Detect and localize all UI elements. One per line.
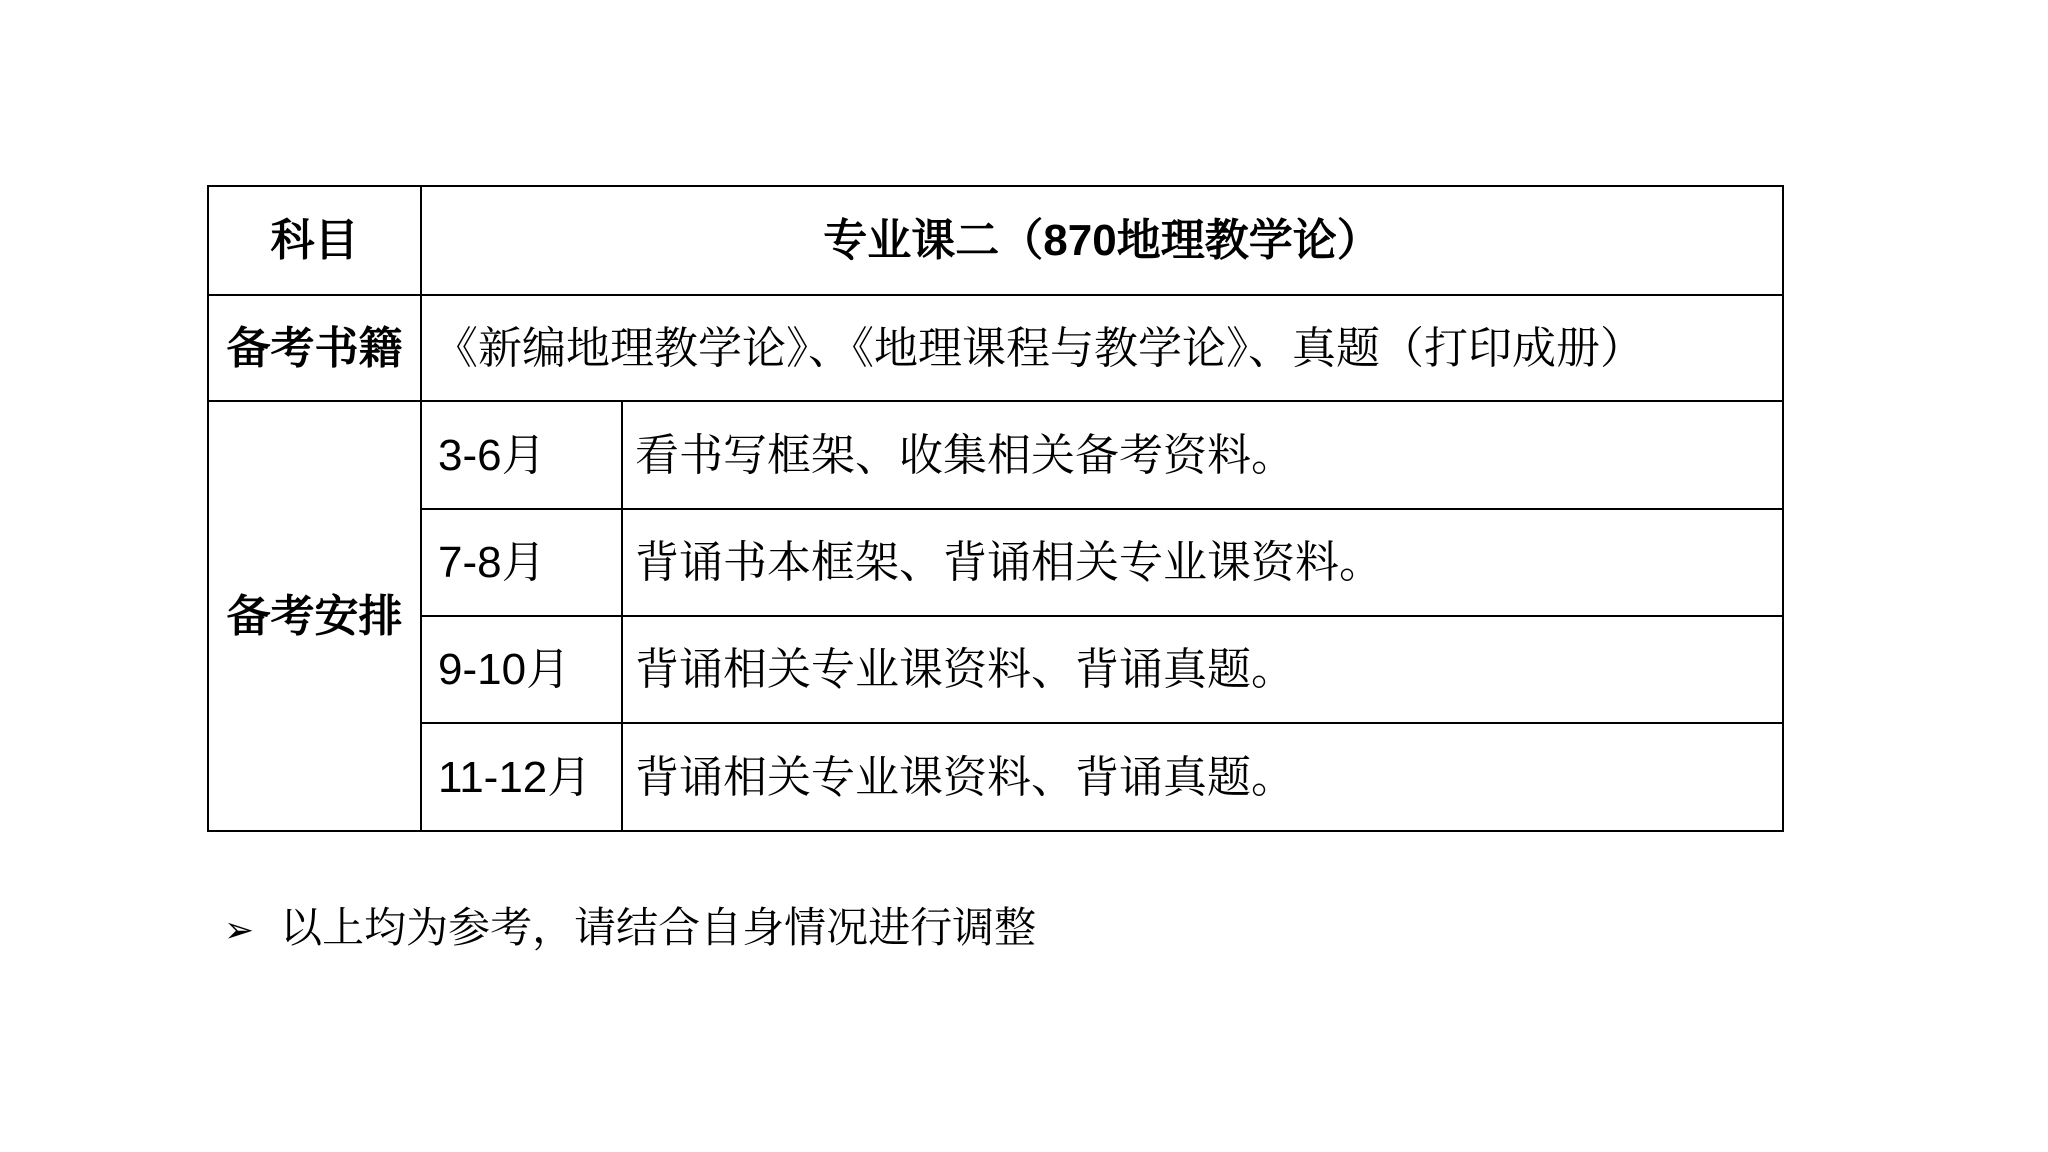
- table-row-books: 备考书籍 《新编地理教学论》、《地理课程与教学论》、真题（打印成册）: [208, 295, 1783, 401]
- schedule-task-cell: 看书写框架、收集相关备考资料。: [622, 401, 1783, 509]
- subject-value-cell: 专业课二（870地理教学论）: [421, 186, 1783, 295]
- table-row-schedule-2: 7-8月 背诵书本框架、背诵相关专业课资料。: [208, 509, 1783, 616]
- subject-label-cell: 科目: [208, 186, 421, 295]
- arrowhead-bullet-icon: ➢: [224, 908, 254, 951]
- table-row-schedule-4: 11-12月 背诵相关专业课资料、背诵真题。: [208, 723, 1783, 831]
- table-row-schedule-3: 9-10月 背诵相关专业课资料、背诵真题。: [208, 616, 1783, 723]
- schedule-period-cell: 3-6月: [421, 401, 622, 509]
- schedule-task-cell: 背诵书本框架、背诵相关专业课资料。: [622, 509, 1783, 616]
- study-plan-table: 科目 专业课二（870地理教学论） 备考书籍 《新编地理教学论》、《地理课程与教…: [207, 185, 1784, 832]
- books-label-cell: 备考书籍: [208, 295, 421, 401]
- schedule-task-cell: 背诵相关专业课资料、背诵真题。: [622, 616, 1783, 723]
- table-row-schedule-1: 备考安排 3-6月 看书写框架、收集相关备考资料。: [208, 401, 1783, 509]
- footnote: ➢ 以上均为参考，请结合自身情况进行调整: [224, 903, 1036, 953]
- books-value-cell: 《新编地理教学论》、《地理课程与教学论》、真题（打印成册）: [421, 295, 1783, 401]
- schedule-period-cell: 11-12月: [421, 723, 622, 831]
- footnote-text: 以上均为参考，请结合自身情况进行调整: [280, 903, 1036, 953]
- schedule-label-cell: 备考安排: [208, 401, 421, 831]
- schedule-period-cell: 7-8月: [421, 509, 622, 616]
- document-page: 科目 专业课二（870地理教学论） 备考书籍 《新编地理教学论》、《地理课程与教…: [0, 0, 2048, 1152]
- table-row-subject: 科目 专业课二（870地理教学论）: [208, 186, 1783, 295]
- schedule-task-cell: 背诵相关专业课资料、背诵真题。: [622, 723, 1783, 831]
- schedule-period-cell: 9-10月: [421, 616, 622, 723]
